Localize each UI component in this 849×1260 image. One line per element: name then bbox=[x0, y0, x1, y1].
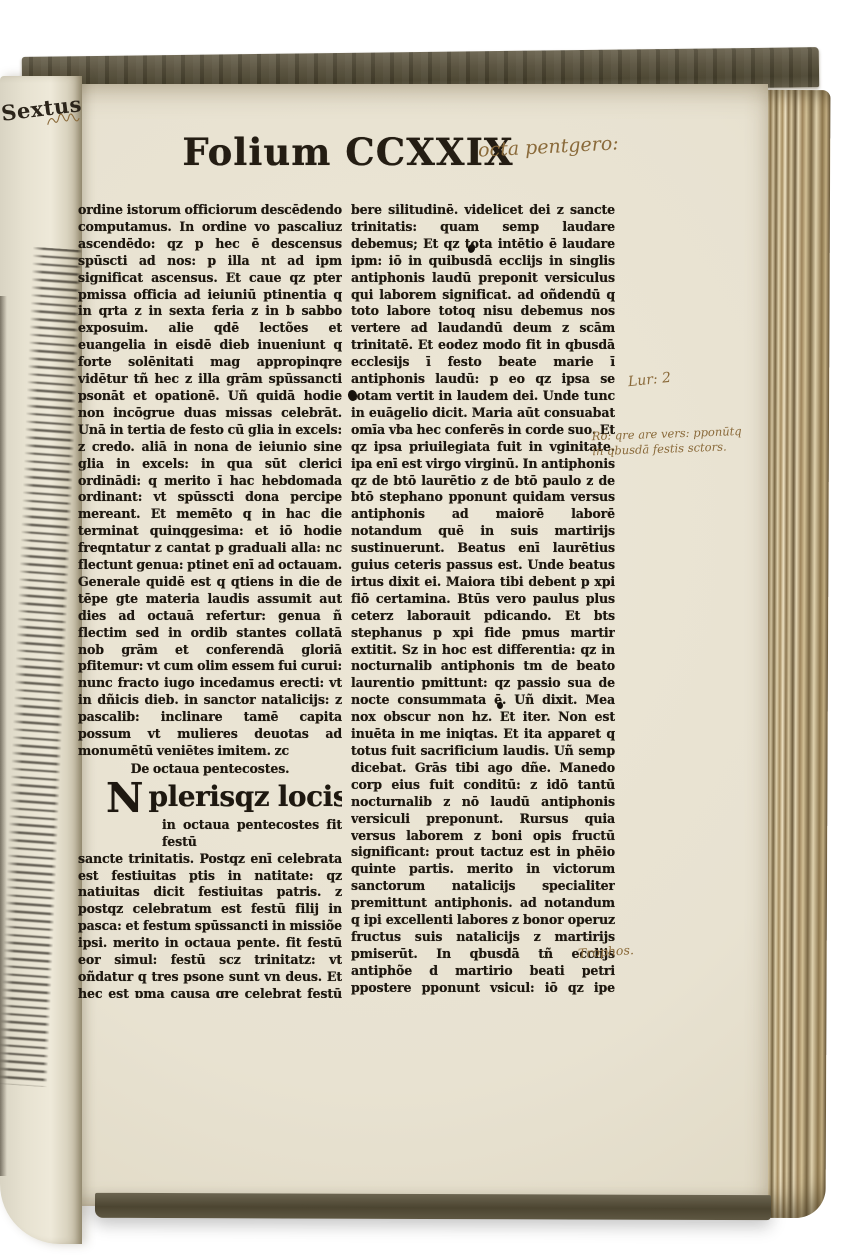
fore-edge-pages bbox=[758, 90, 831, 1218]
left-column-body-1: ordine istorum officiorum descēdendo com… bbox=[78, 202, 342, 758]
facing-page-strip: Sextus bbox=[0, 76, 82, 1244]
incipit-large: plerisqz locis bbox=[148, 779, 342, 815]
ink-blot bbox=[497, 702, 503, 709]
text-column-right: bere silitudinē. videlicet dei z sancte … bbox=[351, 202, 615, 998]
book-bottom-edge bbox=[95, 1193, 771, 1220]
facing-page-text-edge bbox=[0, 247, 82, 1088]
incipit: N plerisqz locis bbox=[106, 779, 342, 817]
incipit-initial: N bbox=[106, 779, 142, 817]
incipit-indent-line: in octaua pentecostes fit festū bbox=[78, 817, 342, 851]
text-column-left: ordine istorum officiorum descēdendo com… bbox=[78, 202, 342, 998]
folio-number: Folium CCXXIX bbox=[182, 130, 513, 174]
right-column-body: bere silitudinē. videlicet dei z sancte … bbox=[351, 202, 615, 998]
left-column-body-2: sancte trinitatis. Postqz enī celebrata … bbox=[78, 851, 342, 998]
book-photo: Sextus Folium CCXXIX octa pentgero: ordi… bbox=[0, 0, 849, 1260]
text-block: ordine istorum officiorum descēdendo com… bbox=[78, 202, 616, 998]
